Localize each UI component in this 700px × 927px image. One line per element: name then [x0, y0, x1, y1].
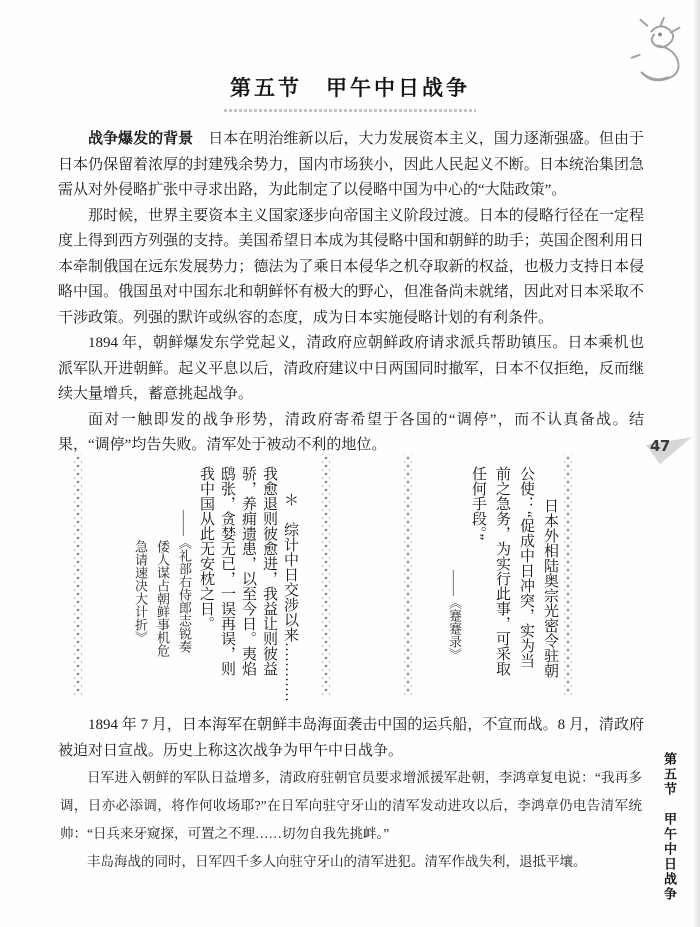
quote-column: 前之急务，为实行此事，可采取 [490, 466, 514, 704]
ornamental-border [404, 454, 412, 696]
page-corner-tab: 47 [644, 434, 694, 466]
paragraph-background: 战争爆发的背景日本在明治维新以后，大力发展资本主义，国力逐渐强盛。但由于日本仍保… [58, 127, 644, 204]
quote-source: ——《蹇蹇录》 [442, 466, 466, 704]
main-text: 战争爆发的背景日本在明治维新以后，大力发展资本主义，国力逐渐强盛。但由于日本仍保… [58, 127, 644, 459]
supplementary-reading: 日军进入朝鲜的军队日益增多，清政府驻朝官员要求增派援军赴朝，李鸿章复电说：“我再… [60, 764, 642, 876]
paragraph-lead-heading: 战争爆发的背景 [88, 131, 193, 147]
ornamental-border [74, 454, 82, 696]
quote-column: 鸱张，贪婪无已，一误再误，则 [216, 466, 237, 704]
page-edge-shadow [693, 0, 700, 927]
paragraph-lihongzhang: 日军进入朝鲜的军队日益增多，清政府驻朝官员要求增派援军赴朝，李鸿章复电说：“我再… [60, 764, 642, 848]
section-title-block: 第五节 甲午中日战争 [0, 72, 700, 112]
quote-column: 我中国从此无安枕之日。 [195, 466, 216, 704]
textbook-page: 第五节 甲午中日战争 战争爆发的背景日本在明治维新以后，大力发展资本主义，国力逐… [0, 0, 700, 927]
margin-section-caption: 第五节 甲午中日战争 [659, 752, 678, 902]
quote-column: 公使：“促成中日冲突，实为当 [514, 466, 538, 704]
quote-column: ＊ 综计中日交涉以来………… [279, 466, 300, 704]
quote-column: 日本外相陆奥宗光密令驻朝 [538, 466, 562, 704]
page-number: 47 [650, 437, 670, 455]
quote-column: 我愈退则彼愈进，我益让则彼益 [258, 466, 279, 704]
quote-source: ——《礼部右侍郎志锐奏 [173, 466, 195, 704]
section-title: 第五节 甲午中日战争 [230, 72, 470, 102]
title-underline-ornament [224, 109, 476, 112]
quote-source: 倭人谋占朝鲜事机危 [151, 466, 173, 704]
paragraph-pungdo: 1894 年 7 月，日本海军在朝鲜丰岛海面袭击中国的运兵船，不宣而战。8 月，… [58, 712, 644, 764]
quote-column: 骄，养痈遗患，以至今日。夷焰 [237, 466, 258, 704]
paragraph-asan: 丰岛海战的同时，日军四千多人向驻守牙山的清军进犯。清军作战失利，退抵平壤。 [60, 848, 642, 876]
paragraph-mediation: 面对一触即发的战争形势，清政府寄希望于各国的“调停”，而不认真备战。结果，“调停… [58, 408, 644, 459]
ornamental-border [322, 454, 330, 696]
quote-box-kenkenroku: 日本外相陆奥宗光密令驻朝 公使：“促成中日冲突，实为当 前之急务，为实行此事，可… [424, 466, 562, 704]
war-declaration-text: 1894 年 7 月，日本海军在朝鲜丰岛海面袭击中国的运兵船，不宣而战。8 月，… [58, 712, 644, 764]
quote-column: 任何手段。” [466, 466, 490, 704]
paragraph-powers-support: 那时候，世界主要资本主义国家逐步向帝国主义阶段过渡。日本的侵略行径在一定程度上得… [58, 204, 644, 332]
quote-box-zhirui: ＊ 综计中日交涉以来………… 我愈退则彼愈进，我益让则彼益 骄，养痈遗患，以至今… [100, 466, 300, 704]
ornamental-border [564, 454, 572, 696]
paragraph-donghak-uprising: 1894 年，朝鲜爆发东学党起义，清政府应朝鲜政府请求派兵帮助镇压。日本乘机也派… [58, 331, 644, 408]
quote-source: 急请速决大计折》 [129, 466, 151, 704]
